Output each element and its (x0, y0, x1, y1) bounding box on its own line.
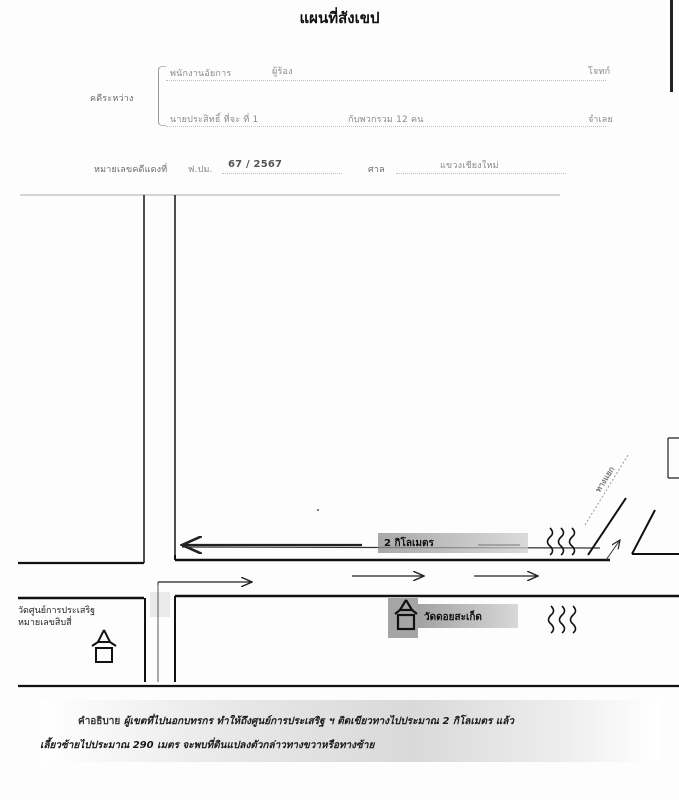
arrow-up-right-icon (606, 540, 620, 560)
road-distance-label: 2 กิโลเมตร (384, 536, 434, 551)
vertical-road-south (145, 585, 175, 682)
sketch-map-page: แผนที่สังเขป คดีระหว่าง พนักงานอัยการ ผู… (0, 0, 679, 800)
river-wave-icon (549, 606, 576, 633)
caption-line-1: ผู้เขตที่ไปนอกบทรกร ทำให้ถึงศูนย์การประเ… (124, 716, 514, 727)
vertical-road-north (144, 195, 175, 563)
caption-label: คำอธิบาย (78, 716, 120, 727)
caption-line-2: เลี้ยวซ้ายไปประมาณ 290 เมตร จะพบที่ดินแป… (40, 740, 374, 751)
sketch-map (0, 0, 679, 800)
temple-icon (92, 630, 116, 662)
caption-box: คำอธิบาย ผู้เขตที่ไปนอกบทรกร ทำให้ถึงศูน… (40, 700, 660, 762)
temple-right-label: วัดดอยสะเก็ด (424, 610, 482, 625)
river-wave-icon (548, 528, 575, 555)
temple-left-label: วัดศูนย์การประเสริฐ หมายเลขสิบสี่ (18, 605, 118, 629)
